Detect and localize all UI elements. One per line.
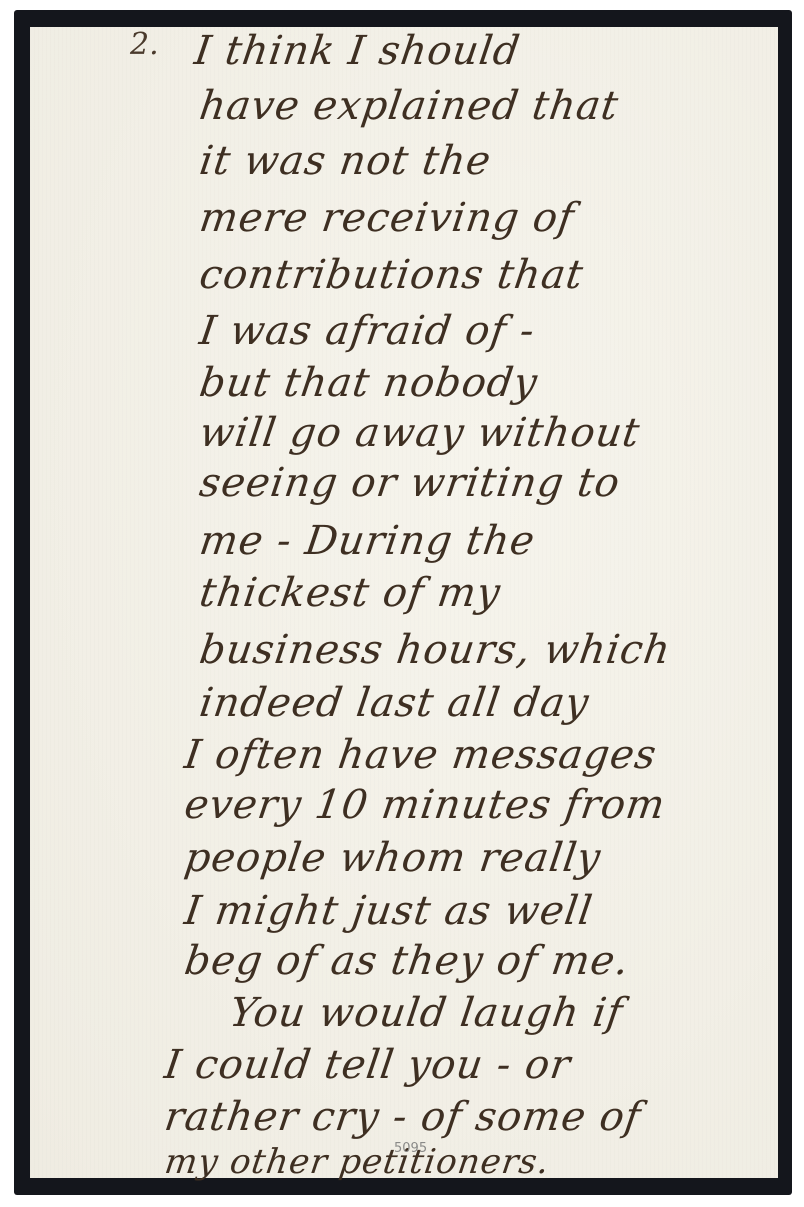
archive-number-stamp: 5095 xyxy=(394,1141,427,1156)
handwritten-line: seeing or writing to xyxy=(197,460,623,506)
handwritten-line: every 10 minutes from xyxy=(182,782,669,828)
handwritten-line: I think I should xyxy=(192,28,523,74)
handwritten-line: indeed last all day xyxy=(197,680,592,726)
handwritten-line: me - During the xyxy=(197,518,538,564)
handwritten-line: mere receiving of xyxy=(197,195,578,241)
handwritten-line: my other petitioners. xyxy=(162,1142,552,1182)
handwritten-line: it was not the xyxy=(197,138,495,184)
handwritten-line: thickest of my xyxy=(197,570,504,616)
handwritten-line: contributions that xyxy=(197,252,587,298)
handwritten-line: beg of as they of me. xyxy=(182,938,632,984)
handwritten-line: rather cry - of some of xyxy=(162,1094,644,1140)
handwritten-line: but that nobody xyxy=(197,360,541,406)
page-number: 2. xyxy=(130,27,159,62)
handwritten-line: I was afraid of - xyxy=(197,308,538,354)
handwritten-line: will go away without xyxy=(197,410,643,456)
handwritten-line: people whom really xyxy=(182,835,604,881)
handwritten-line: I could tell you - or xyxy=(162,1042,574,1088)
handwritten-line: have explained that xyxy=(197,83,622,129)
handwritten-line: business hours, which xyxy=(197,627,674,673)
handwritten-line: You would laugh if xyxy=(227,990,626,1036)
handwritten-line: I often have messages xyxy=(182,732,660,778)
handwritten-line: I might just as well xyxy=(182,888,596,934)
